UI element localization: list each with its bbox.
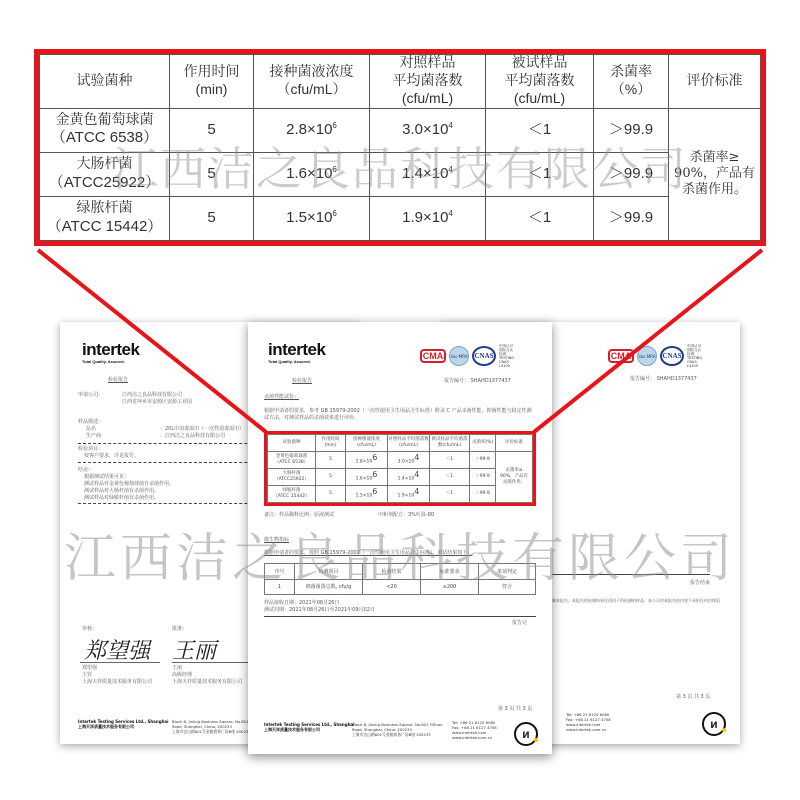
reviewer-name: 郑望强 — [82, 665, 97, 672]
applicant-name: 江西洁之良品科技有限公司 — [122, 392, 182, 399]
intertek-in-logo: ᴎ — [514, 722, 538, 746]
cell: ≤200 — [421, 579, 479, 595]
header-rate: 杀菌率（%） — [594, 55, 669, 109]
control-cell: 3.0×104 — [388, 452, 430, 469]
cma-logo: CMA — [420, 349, 446, 363]
strain-cell: 大肠杆菌（ATCC25922） — [40, 152, 170, 196]
report-title: 检验报告 — [292, 378, 312, 385]
strain-cell: 金黄色葡萄球菌（ATCC 6538） — [40, 108, 170, 152]
approver-signature: 王丽 — [172, 634, 216, 665]
strain-cell: 金黄色葡萄球菌（ATCC 6538） — [268, 452, 316, 469]
intertek-logo: intertekTotal Quality. Assured. — [82, 340, 139, 364]
reviewer-label: 审核： — [82, 626, 97, 633]
cnas-logo: CNAS — [660, 346, 684, 366]
cell: 1 — [265, 579, 295, 595]
table-row: 绿脓杆菌（ATCC 15442） 5 1.5×106 1.9×104 ＜1 ＞9… — [268, 486, 533, 503]
section-title: 杀菌性能试验： — [264, 394, 299, 401]
strain-cell: 绿脓杆菌（ATCC 15442） — [268, 486, 316, 503]
inoculum-cell: 2.8×106 — [254, 108, 370, 152]
cnas-text: 中国认可 国际互认 检测 TESTING CNAS L4109 — [499, 344, 517, 368]
maker-label: 生产商 — [86, 433, 101, 440]
conclusion-line: 测试样品对绿脓杆菌有杀菌作用。 — [84, 495, 159, 502]
header-strain: 试验菌种 — [40, 55, 170, 109]
mini-header: 接种菌液浓度(cfu/mL) — [346, 435, 388, 452]
receive-date: 样品接收日期：2021年08月26日 — [264, 600, 339, 607]
approver-label: 批准： — [172, 626, 187, 633]
method-paragraph: 根据申请者的要求，参考 GB 15979-2002（一次性使用卫生用品卫生标准）… — [264, 408, 536, 422]
table-row: 绿脓杆菌（ATCC 15442） 5 1.5×106 1.9×104 ＜1 ＞9… — [40, 196, 761, 240]
control-cell: 1.4×104 — [370, 152, 486, 196]
report-number: 报告编号： SHAHD1377437 — [630, 376, 697, 383]
ilac-logo: ilac-MRA — [449, 346, 469, 366]
certification-logos: CMA ilac-MRA CNAS 中国认可 国际互认 检测 TESTING C… — [608, 344, 705, 368]
cnas-logo: CNAS — [472, 346, 496, 366]
footer-contact: Tel: +86 21 6120 6060Fax: +86 21 6127 47… — [566, 712, 611, 732]
time-cell: 5 — [316, 452, 346, 469]
control-cell: 1.4×104 — [388, 469, 430, 486]
approver-company: 上海天祥质量技术服务有限公司 — [172, 679, 242, 686]
rate-cell: ＞99.9 — [594, 196, 669, 240]
control-cell: 1.9×104 — [370, 196, 486, 240]
rate-cell: ＞99.9 — [470, 486, 496, 503]
signature-line — [80, 662, 160, 663]
report-page-2: intertekTotal Quality. Assured. CMA ilac… — [248, 322, 552, 754]
microbe-paragraph: 根据申请者的要求，按照 GB 15979-2002（一次性使用卫生用品卫生标准）… — [264, 550, 472, 557]
header-test: 被试样品 平均菌落数(cfu/mL) — [486, 55, 594, 109]
table-header-row: 试验菌种 作用时间(min) 接种菌液浓度（cfu/mL） 对照样品 平均菌落数… — [40, 55, 761, 109]
results-table-highlight: 试验菌种 作用时间(min) 接种菌液浓度(cfu/mL) 对照样品平均菌落数(… — [264, 431, 536, 506]
strain-cell: 绿脓杆菌（ATCC 15442） — [40, 196, 170, 240]
rate-cell: ＞99.9 — [470, 452, 496, 469]
mini2-header: 序号 — [265, 564, 295, 580]
report-title: 检验报告 — [108, 377, 128, 384]
inoculum-cell: 1.5×106 — [254, 196, 370, 240]
mini-header: 评价标准 — [496, 435, 533, 452]
neutralizer-note: 中和剂配方：3%吐温-80 — [378, 512, 434, 519]
approver-name: 王丽 — [172, 665, 182, 672]
certification-logos: CMA ilac-MRA CNAS 中国认可 国际互认 检测 TESTING C… — [420, 344, 517, 368]
microbe-table: 序号 检测项目 检测结果 标准要求 单项判定 1 细菌菌落总数, cfu/g <… — [264, 563, 536, 595]
table-row: 大肠杆菌（ATCC25922） 5 1.6×106 1.4×104 ＜1 ＞99… — [268, 469, 533, 486]
page-number: 第 3 页 共 3 页 — [676, 694, 710, 701]
reviewer-title: 主管 — [82, 672, 92, 679]
sample-name: ：20L巾消毒湿巾（一次性消毒湿巾） — [160, 426, 244, 433]
report-number: 报告编号： SHAHD1377437 — [444, 378, 511, 385]
time-cell: 5 — [316, 486, 346, 503]
mini-header: 作用时间(min) — [316, 435, 346, 452]
inoculum-cell: 1.5×106 — [346, 486, 388, 503]
table-row: 1 细菌菌落总数, cfu/g <20 ≤200 符合 — [265, 579, 536, 595]
end-mark: 报告结束 — [690, 580, 710, 587]
results-table: 试验菌种 作用时间(min) 接种菌液浓度(cfu/mL) 对照样品平均菌落数(… — [267, 434, 533, 503]
evaluation-cell: 杀菌率≥ 90%，产品有 杀菌作用。 — [669, 108, 761, 241]
test-cell: ＜1 — [430, 469, 470, 486]
cell: <20 — [363, 579, 421, 595]
end-mark: 报告完 — [512, 620, 527, 627]
test-item: 按客户要求，详见报告。 — [84, 453, 139, 460]
mini-header: 对照样品平均菌落数(cfu/mL) — [388, 435, 430, 452]
sample-name-label: 品名 — [86, 426, 96, 433]
time-cell: 5 — [170, 108, 254, 152]
cnas-text: 中国认可 国际互认 检测 TESTING CNAS L4109 — [687, 344, 705, 368]
divider — [264, 616, 536, 617]
page-number: 第 3 页 共 3 页 — [498, 706, 532, 713]
table-row: 金黄色葡萄球菌（ATCC 6538） 5 2.8×106 3.0×104 ＜1 … — [268, 452, 533, 469]
approver-title: 高级经理 — [172, 672, 192, 679]
footer-company: Intertek Testing Services Ltd., Shanghai… — [78, 719, 169, 729]
intertek-in-logo: ᴎ — [702, 712, 726, 736]
table-row: 大肠杆菌（ATCC25922） 5 1.6×106 1.4×104 ＜1 ＞99… — [40, 152, 761, 196]
test-cell: ＜1 — [430, 452, 470, 469]
mini2-header: 检测项目 — [295, 564, 363, 580]
cma-logo: CMA — [608, 349, 634, 363]
footer-company: Intertek Testing Services Ltd., Shanghai… — [264, 722, 355, 732]
applicant-address: 江西省萍乡市安源区安源工业园 — [122, 399, 192, 406]
reviewer-company: 上海天祥质量技术服务有限公司 — [82, 679, 152, 686]
time-cell: 5 — [170, 196, 254, 240]
mini-header: 杀菌率(%) — [470, 435, 496, 452]
test-item-label: 检验项目： — [78, 446, 103, 453]
header-time: 作用时间(min) — [170, 55, 254, 109]
dilution-note: 备注：样品稀释比例：原液测试 — [264, 512, 334, 519]
mini2-header: 单项判定 — [479, 564, 536, 580]
test-period: 测试周期：2021年08月26日至2021年09月02日 — [264, 607, 375, 614]
header-evaluation: 评价标准 — [669, 55, 761, 109]
time-cell: 5 — [170, 152, 254, 196]
test-cell: ＜1 — [486, 152, 594, 196]
mini-header: 被试样品平均菌落数(cfu/mL) — [430, 435, 470, 452]
test-cell: ＜1 — [486, 196, 594, 240]
rate-cell: ＞99.9 — [594, 108, 669, 152]
footer-contact: Tel: +86 21 6120 6060Fax: +86 21 6127 47… — [452, 720, 497, 740]
zoomed-results-table: 试验菌种 作用时间(min) 接种菌液浓度（cfu/mL） 对照样品 平均菌落数… — [39, 54, 761, 241]
mini2-header: 标准要求 — [421, 564, 479, 580]
conclusion-label: 结论： — [78, 467, 93, 474]
maker: ：江西洁之良品科技有限公司 — [160, 433, 225, 440]
cell: 符合 — [479, 579, 536, 595]
rate-cell: ＞99.9 — [594, 152, 669, 196]
time-cell: 5 — [316, 469, 346, 486]
header-control: 对照样品 平均菌落数(cfu/mL) — [370, 55, 486, 109]
intertek-logo: intertekTotal Quality. Assured. — [268, 340, 325, 364]
header-inoculum: 接种菌液浓度（cfu/mL） — [254, 55, 370, 109]
control-cell: 3.0×104 — [370, 108, 486, 152]
conclusion-line: 测试样品对大肠杆菌有杀菌作用。 — [84, 488, 159, 495]
inoculum-cell: 1.6×106 — [254, 152, 370, 196]
test-cell: ＜1 — [430, 486, 470, 503]
rate-cell: ＞99.9 — [470, 469, 496, 486]
conclusion-line: 测试样品对金黄色葡萄球菌有杀菌作用。 — [84, 481, 174, 488]
section-title: 微生物指标 — [264, 537, 289, 544]
mini-header: 试验菌种 — [268, 435, 316, 452]
footer-address: Block B, Jinling Business Square, No.801… — [352, 722, 443, 737]
control-cell: 1.9×104 — [388, 486, 430, 503]
applicant-label: 申请公司： — [78, 392, 103, 399]
inoculum-cell: 1.6×106 — [346, 469, 388, 486]
reviewer-signature: 郑望强 — [84, 634, 150, 665]
sample-label: 样品描述： — [78, 419, 103, 426]
zoomed-results-table-frame: 试验菌种 作用时间(min) 接种菌液浓度（cfu/mL） 对照样品 平均菌落数… — [34, 49, 766, 246]
table-row: 金黄色葡萄球菌（ATCC 6538） 5 2.8×106 3.0×104 ＜1 … — [40, 108, 761, 152]
mini2-header: 检测结果 — [363, 564, 421, 580]
conclusion-line: 根据测试结果可见： — [84, 474, 129, 481]
evaluation-cell: 杀菌率≥ 90%，产品有 杀菌作用。 — [496, 452, 533, 503]
test-cell: ＜1 — [486, 108, 594, 152]
strain-cell: 大肠杆菌（ATCC25922） — [268, 469, 316, 486]
ilac-logo: ilac-MRA — [637, 346, 657, 366]
cell: 细菌菌落总数, cfu/g — [295, 579, 363, 595]
inoculum-cell: 2.8×106 — [346, 452, 388, 469]
